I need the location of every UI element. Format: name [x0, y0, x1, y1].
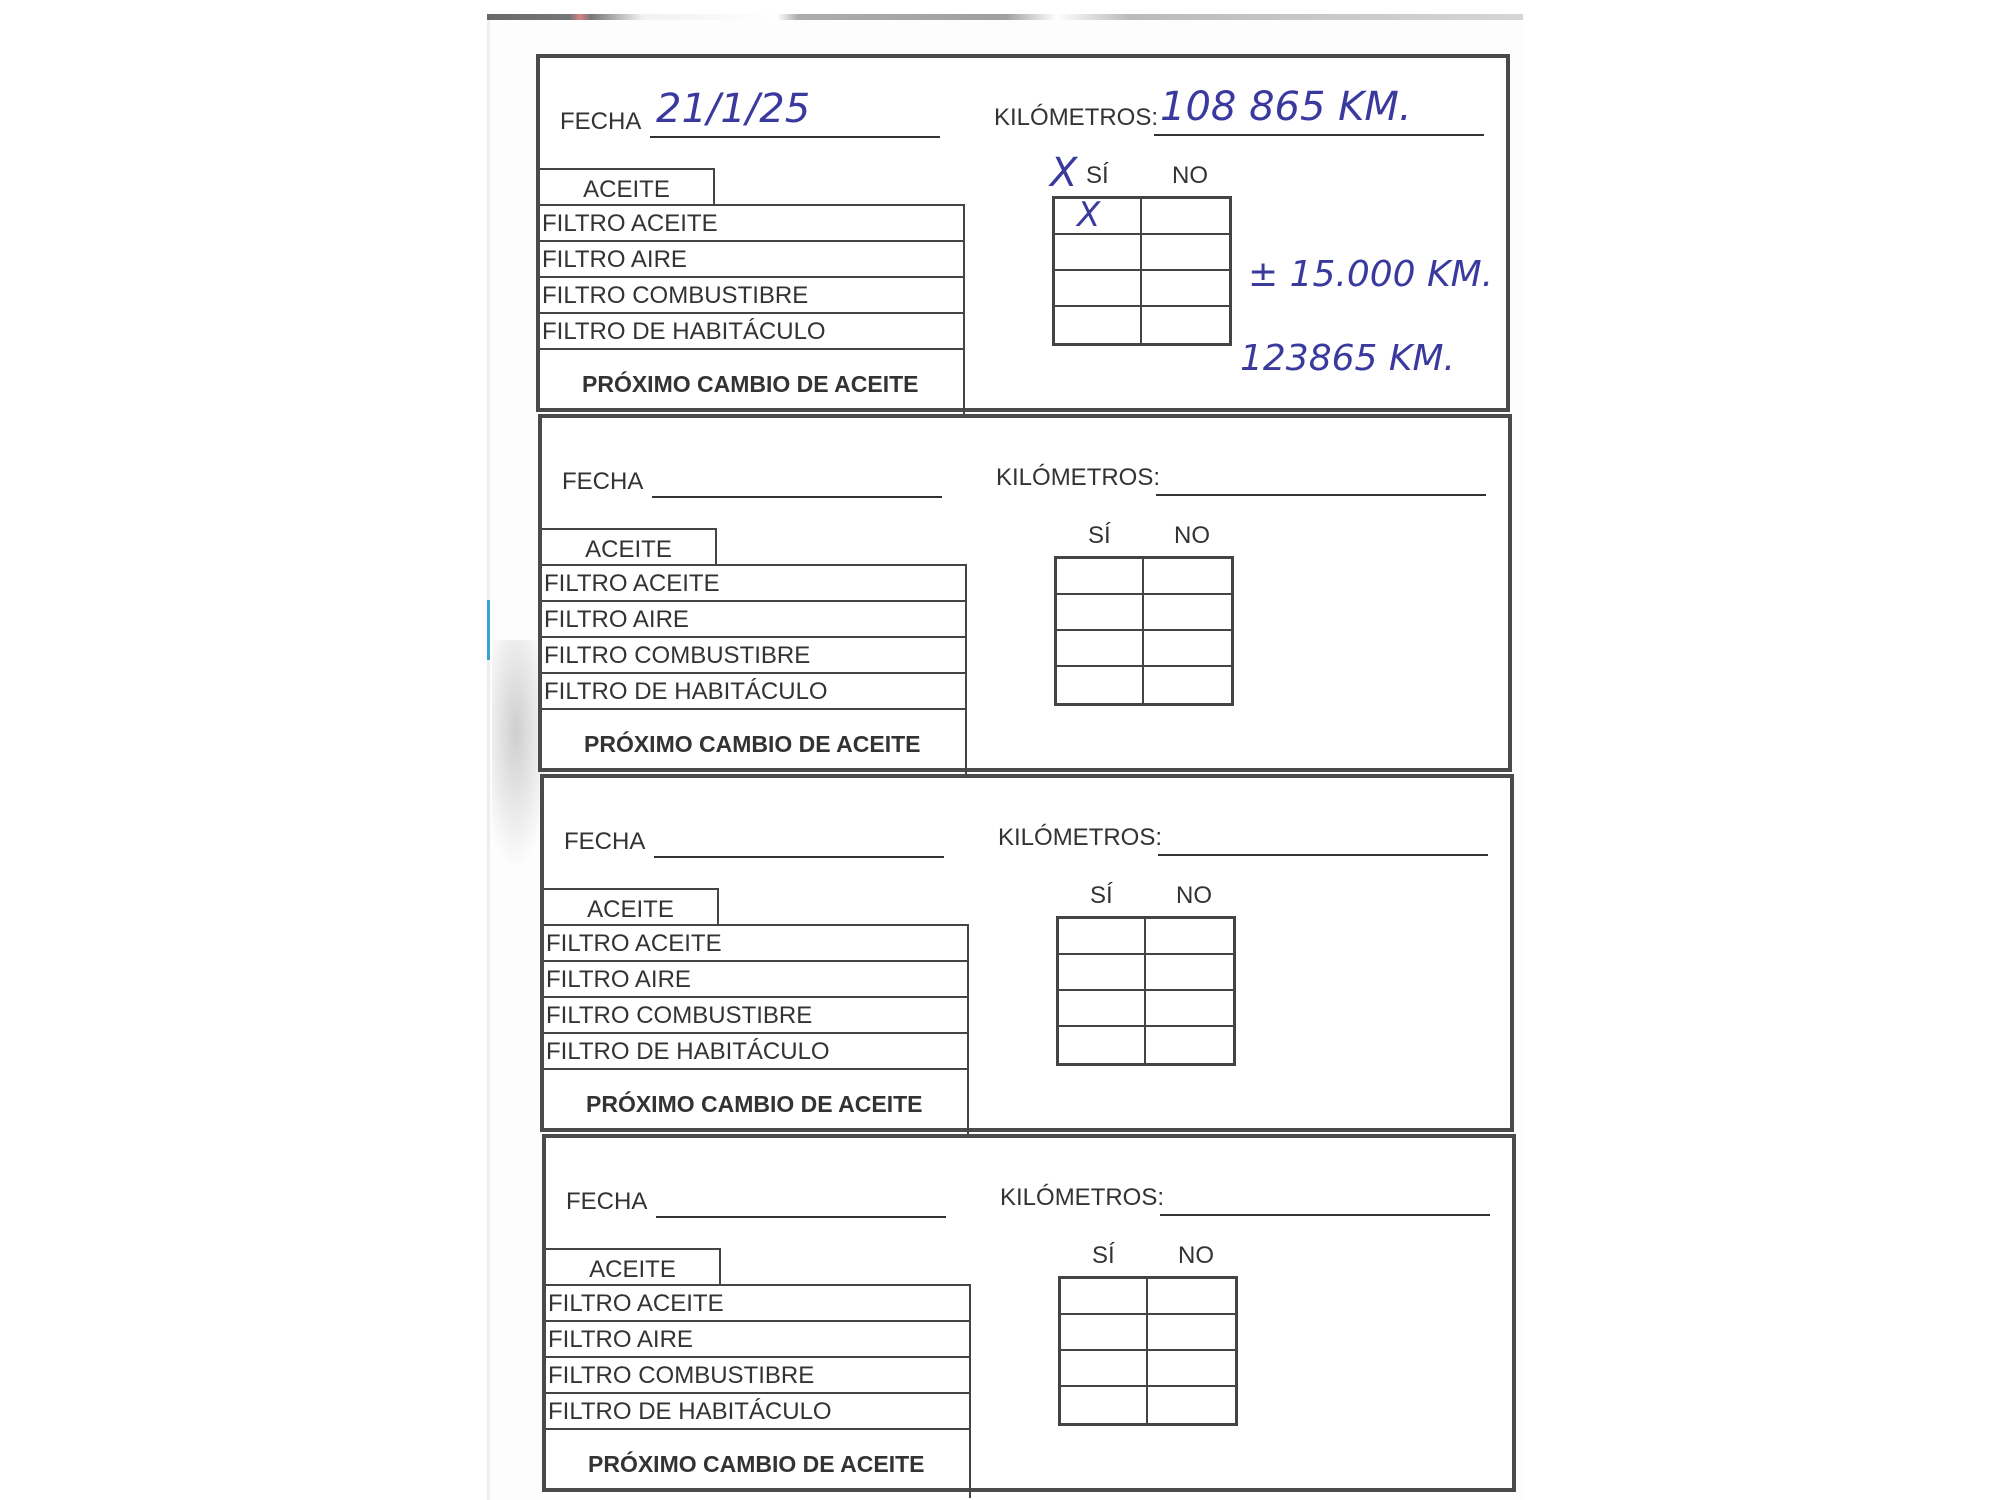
- checkbox-si-row-4[interactable]: [1055, 307, 1142, 343]
- kilometros-label: KILÓMETROS:: [998, 824, 1162, 852]
- fecha-field-line[interactable]: [654, 856, 944, 858]
- checkbox-si-row-3[interactable]: [1061, 1351, 1148, 1387]
- item-filtro-habitaculo: FILTRO DE HABITÁCULO: [544, 1032, 969, 1068]
- item-filtro-combustible: FILTRO COMBUSTIBRE: [542, 636, 967, 672]
- no-header: NO: [1174, 522, 1210, 550]
- kilometros-field-line[interactable]: [1156, 494, 1486, 496]
- si-header: SÍ: [1086, 162, 1109, 190]
- kilometros-value[interactable]: 108 865 KM.: [1160, 84, 1412, 130]
- proximo-cambio-label: PRÓXIMO CAMBIO DE ACEITE: [544, 1068, 969, 1138]
- checkbox-si-row-3[interactable]: [1057, 631, 1144, 667]
- maintenance-entry-4: FECHA KILÓMETROS: ACEITE FILTRO ACEITE F…: [542, 1134, 1516, 1492]
- checkbox-no-row-2[interactable]: [1144, 595, 1231, 631]
- checkbox-si-row-2[interactable]: [1061, 1315, 1148, 1351]
- yes-no-checkbox-grid: [1058, 1276, 1238, 1426]
- yes-no-checkbox-grid: X: [1052, 196, 1232, 346]
- fecha-label: FECHA: [566, 1188, 647, 1216]
- checkbox-si-row-4[interactable]: [1059, 1027, 1146, 1063]
- yes-no-checkbox-grid: [1054, 556, 1234, 706]
- si-header: SÍ: [1088, 522, 1111, 550]
- maintenance-items: FILTRO ACEITE FILTRO AIRE FILTRO COMBUST…: [540, 204, 965, 418]
- checkbox-no-row-1[interactable]: [1142, 199, 1229, 235]
- item-filtro-aire: FILTRO AIRE: [546, 1320, 971, 1356]
- fecha-value[interactable]: 21/1/25: [656, 86, 810, 132]
- item-filtro-combustible: FILTRO COMBUSTIBRE: [544, 996, 969, 1032]
- item-filtro-aire: FILTRO AIRE: [544, 960, 969, 996]
- fecha-label: FECHA: [562, 468, 643, 496]
- no-header: NO: [1178, 1242, 1214, 1270]
- maintenance-items: FILTRO ACEITE FILTRO AIRE FILTRO COMBUST…: [542, 564, 967, 778]
- fecha-label: FECHA: [564, 828, 645, 856]
- item-filtro-combustible: FILTRO COMBUSTIBRE: [540, 276, 965, 312]
- kilometros-label: KILÓMETROS:: [994, 104, 1158, 132]
- checkbox-no-row-4[interactable]: [1144, 667, 1231, 703]
- maintenance-entry-1: FECHA 21/1/25 KILÓMETROS: 108 865 KM. AC…: [536, 54, 1510, 412]
- kilometros-label: KILÓMETROS:: [1000, 1184, 1164, 1212]
- item-filtro-habitaculo: FILTRO DE HABITÁCULO: [542, 672, 967, 708]
- checkbox-si-row-1[interactable]: [1059, 919, 1146, 955]
- aceite-label: ACEITE: [544, 888, 719, 926]
- checkbox-si-row-1[interactable]: [1061, 1279, 1148, 1315]
- interval-note[interactable]: ± 15.000 KM.: [1248, 254, 1493, 295]
- maintenance-entry-2: FECHA KILÓMETROS: ACEITE FILTRO ACEITE F…: [538, 414, 1512, 772]
- checkbox-no-row-3[interactable]: [1148, 1351, 1235, 1387]
- checkbox-no-row-1[interactable]: [1148, 1279, 1235, 1315]
- checkbox-no-row-2[interactable]: [1148, 1315, 1235, 1351]
- maintenance-entry-3: FECHA KILÓMETROS: ACEITE FILTRO ACEITE F…: [540, 774, 1514, 1132]
- checkbox-si-row-1[interactable]: [1057, 559, 1144, 595]
- si-header: SÍ: [1092, 1242, 1115, 1270]
- maintenance-items: FILTRO ACEITE FILTRO AIRE FILTRO COMBUST…: [544, 924, 969, 1138]
- checkbox-si-row-4[interactable]: [1061, 1387, 1148, 1423]
- checkbox-no-row-2[interactable]: [1146, 955, 1233, 991]
- item-filtro-aceite: FILTRO ACEITE: [544, 924, 969, 960]
- proximo-cambio-label: PRÓXIMO CAMBIO DE ACEITE: [540, 348, 965, 418]
- checkbox-si-row-2[interactable]: [1057, 595, 1144, 631]
- proximo-cambio-value[interactable]: 123865 KM.: [1240, 338, 1455, 379]
- checkbox-si-row-3[interactable]: [1055, 271, 1142, 307]
- checkbox-no-row-4[interactable]: [1148, 1387, 1235, 1423]
- checkbox-no-row-3[interactable]: [1146, 991, 1233, 1027]
- oil-change-log-form: FECHA 21/1/25 KILÓMETROS: 108 865 KM. AC…: [536, 54, 1514, 1496]
- kilometros-label: KILÓMETROS:: [996, 464, 1160, 492]
- kilometros-field-line[interactable]: [1154, 134, 1484, 136]
- proximo-cambio-label: PRÓXIMO CAMBIO DE ACEITE: [542, 708, 967, 778]
- checkbox-no-row-1[interactable]: [1146, 919, 1233, 955]
- scan-edge-mark: [487, 600, 490, 660]
- scan-artifact-strip: [487, 14, 1523, 20]
- fecha-field-line[interactable]: [656, 1216, 946, 1218]
- fecha-field-line[interactable]: [650, 136, 940, 138]
- checkbox-no-row-3[interactable]: [1144, 631, 1231, 667]
- checkbox-si-row-3[interactable]: [1059, 991, 1146, 1027]
- kilometros-field-line[interactable]: [1158, 854, 1488, 856]
- checkbox-si-row-2[interactable]: [1055, 235, 1142, 271]
- fecha-label: FECHA: [560, 108, 641, 136]
- item-filtro-combustible: FILTRO COMBUSTIBRE: [546, 1356, 971, 1392]
- item-filtro-aire: FILTRO AIRE: [540, 240, 965, 276]
- aceite-si-mark[interactable]: X: [1050, 150, 1077, 196]
- proximo-cambio-label: PRÓXIMO CAMBIO DE ACEITE: [546, 1428, 971, 1498]
- item-filtro-aceite: FILTRO ACEITE: [546, 1284, 971, 1320]
- kilometros-field-line[interactable]: [1160, 1214, 1490, 1216]
- fecha-field-line[interactable]: [652, 496, 942, 498]
- checkbox-no-row-3[interactable]: [1142, 271, 1229, 307]
- no-header: NO: [1176, 882, 1212, 910]
- si-header: SÍ: [1090, 882, 1113, 910]
- checkbox-no-row-2[interactable]: [1142, 235, 1229, 271]
- checkbox-no-row-1[interactable]: [1144, 559, 1231, 595]
- yes-no-checkbox-grid: [1056, 916, 1236, 1066]
- maintenance-items: FILTRO ACEITE FILTRO AIRE FILTRO COMBUST…: [546, 1284, 971, 1498]
- item-filtro-aceite: FILTRO ACEITE: [540, 204, 965, 240]
- checkbox-no-row-4[interactable]: [1142, 307, 1229, 343]
- aceite-label: ACEITE: [540, 168, 715, 206]
- checkbox-no-row-4[interactable]: [1146, 1027, 1233, 1063]
- checkbox-si-row-2[interactable]: [1059, 955, 1146, 991]
- aceite-label: ACEITE: [546, 1248, 721, 1286]
- checkbox-si-row-1[interactable]: X: [1055, 199, 1142, 235]
- item-filtro-habitaculo: FILTRO DE HABITÁCULO: [546, 1392, 971, 1428]
- item-filtro-habitaculo: FILTRO DE HABITÁCULO: [540, 312, 965, 348]
- no-header: NO: [1172, 162, 1208, 190]
- item-filtro-aceite: FILTRO ACEITE: [542, 564, 967, 600]
- check-mark: X: [1077, 195, 1100, 235]
- item-filtro-aire: FILTRO AIRE: [542, 600, 967, 636]
- checkbox-si-row-4[interactable]: [1057, 667, 1144, 703]
- aceite-label: ACEITE: [542, 528, 717, 566]
